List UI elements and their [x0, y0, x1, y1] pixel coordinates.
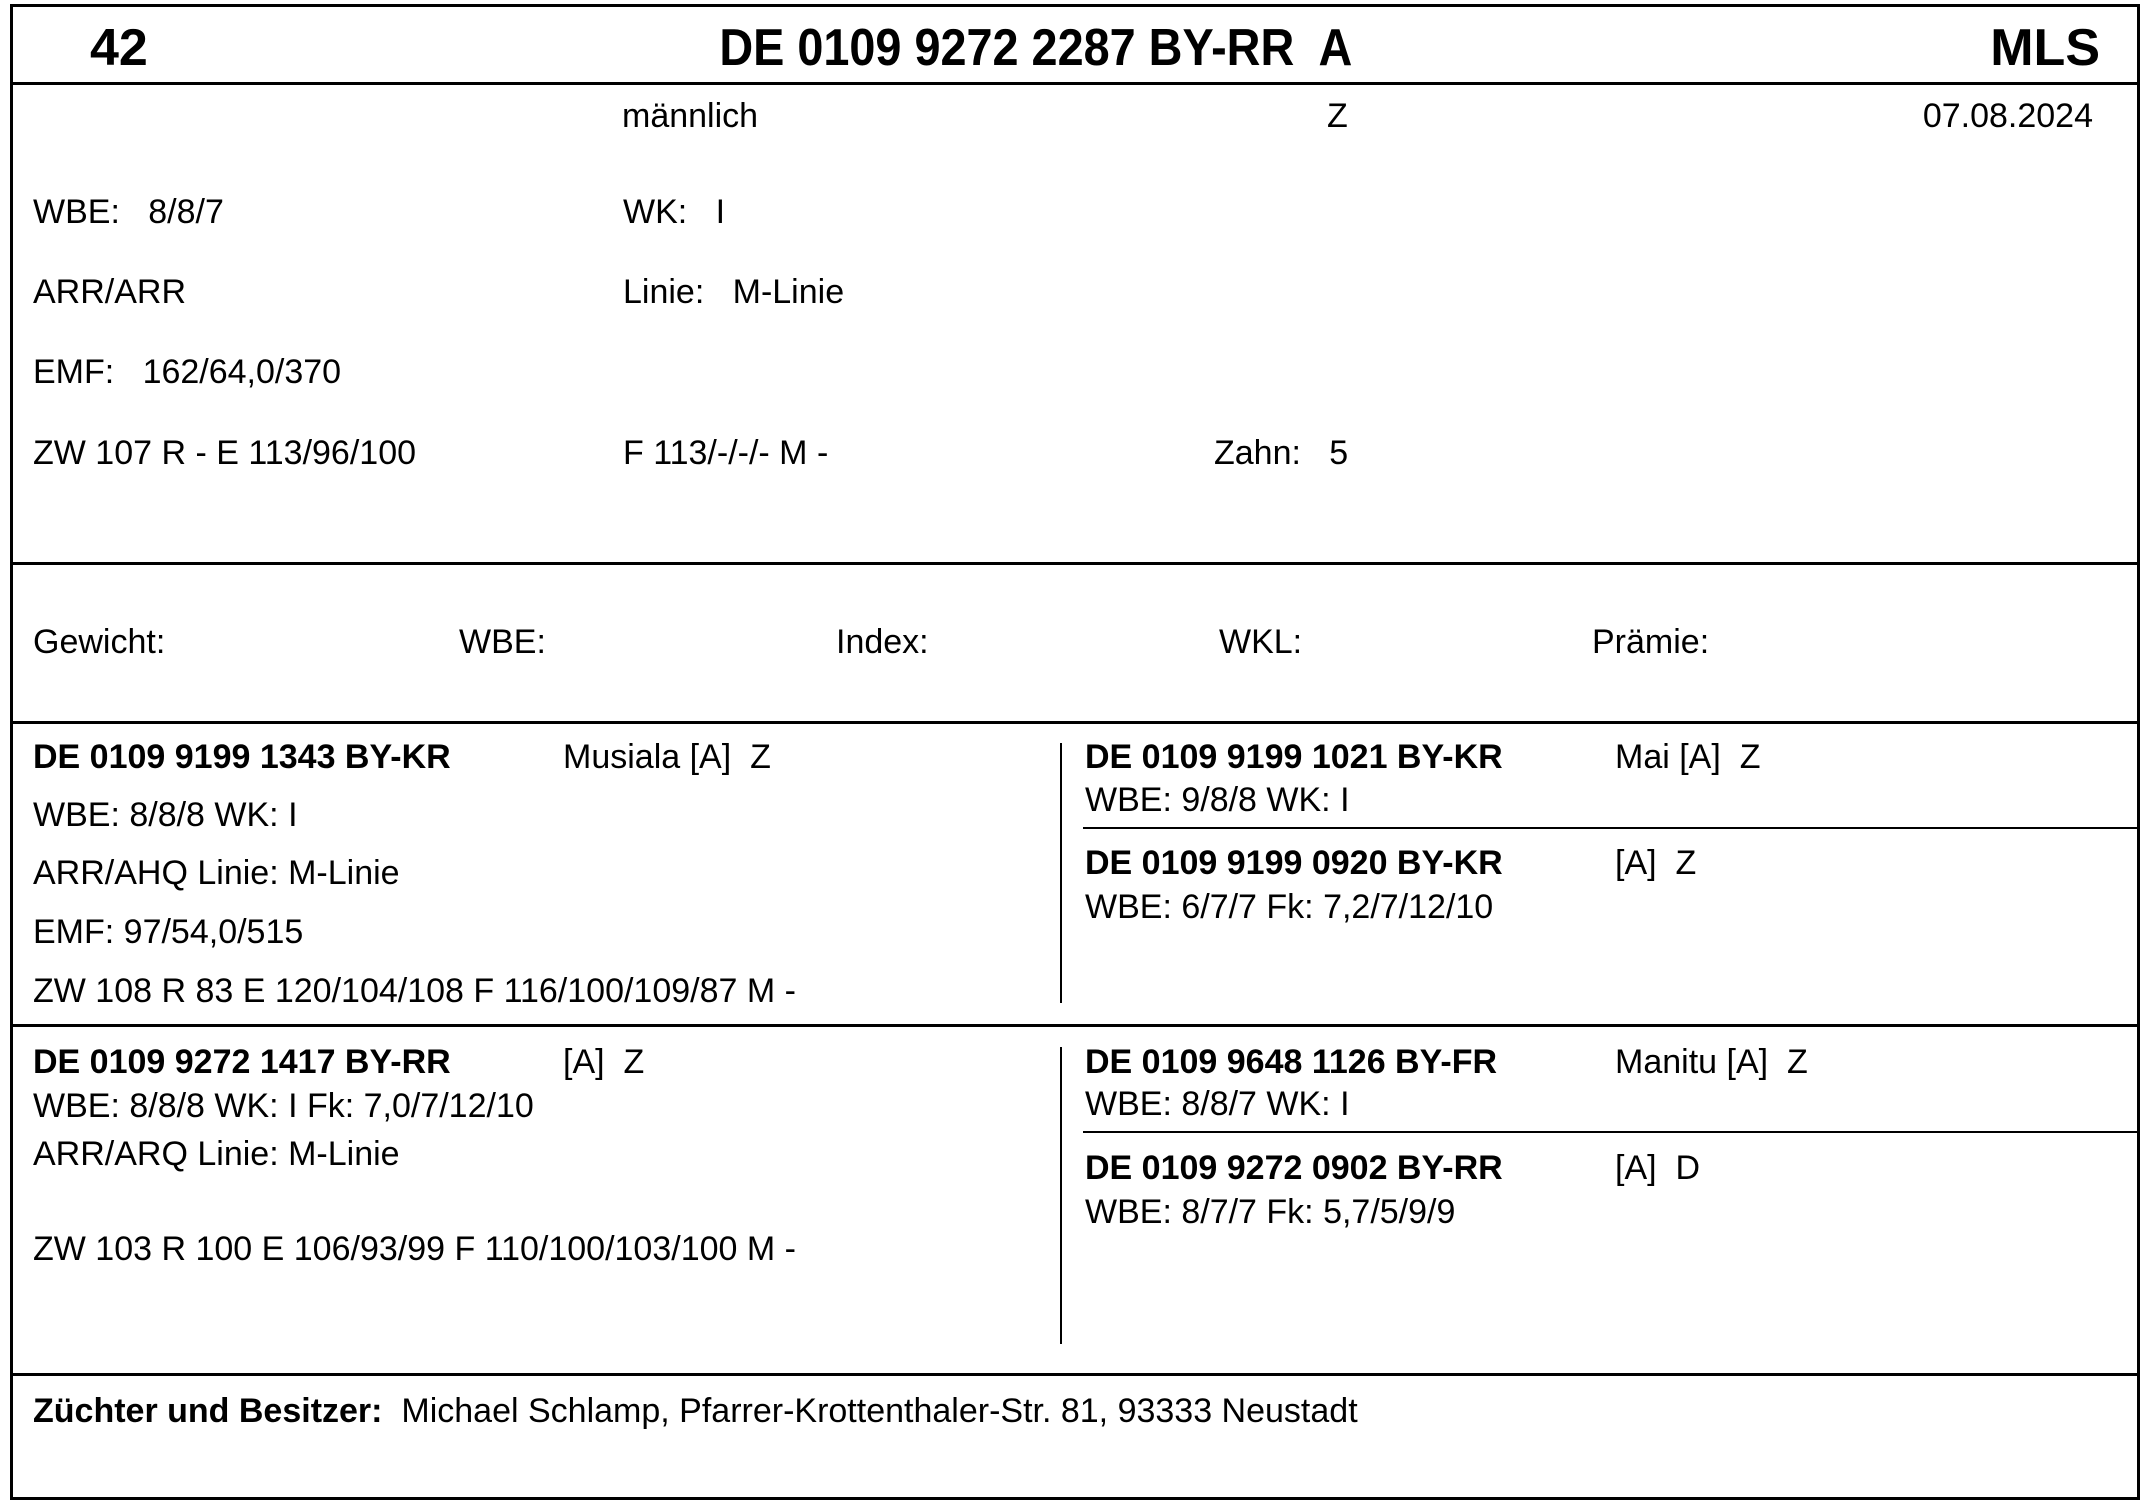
- sire-dam-id: DE 0109 9199 0920 BY-KR: [1085, 846, 1503, 880]
- breeder-owner-value: Michael Schlamp, Pfarrer-Krottenthaler-S…: [401, 1392, 1357, 1430]
- herdbook-status: Z: [1327, 99, 1348, 133]
- wbe-label: WBE:: [33, 193, 120, 231]
- sire-grandparents-divider: [1083, 827, 2137, 829]
- breed-code: MLS: [1990, 22, 2100, 74]
- sire-line: ZW 108 R 83 E 120/104/108 F 116/100/109/…: [33, 974, 796, 1008]
- sire-column-divider: [1060, 743, 1062, 1003]
- f-line: F 113/-/-/- M -: [623, 436, 828, 470]
- dam-id: DE 0109 9272 1417 BY-RR: [33, 1045, 451, 1079]
- breeder-owner-label: Züchter und Besitzer:: [33, 1392, 382, 1430]
- eval-wkl-label: WKL:: [1219, 625, 1302, 659]
- dam-dam-id: DE 0109 9272 0902 BY-RR: [1085, 1151, 1503, 1185]
- sire-line: ARR/AHQ Linie: M-Linie: [33, 856, 400, 890]
- zahn-value: 5: [1329, 434, 1348, 472]
- zahn-label: Zahn:: [1214, 434, 1301, 472]
- dam-sire-line: WBE: 8/8/7 WK: I: [1085, 1087, 1350, 1121]
- sire-id: DE 0109 9199 1343 BY-KR: [33, 740, 451, 774]
- genotype: ARR/ARR: [33, 275, 186, 309]
- dam-dam-name: [A] D: [1615, 1151, 1700, 1185]
- wk-field: WK: I: [623, 195, 725, 229]
- eval-index-label: Index:: [836, 625, 929, 659]
- header-divider: [10, 82, 2137, 85]
- sire-sire-id: DE 0109 9199 1021 BY-KR: [1085, 740, 1503, 774]
- evaluation-section-divider: [10, 721, 2137, 724]
- linie-field: Linie: M-Linie: [623, 275, 844, 309]
- eval-wbe-label: WBE:: [459, 625, 546, 659]
- sire-dam-name: [A] Z: [1615, 846, 1696, 880]
- sire-sire-name: Mai [A] Z: [1615, 740, 1760, 774]
- wbe-value: 8/8/7: [148, 193, 224, 231]
- emf-value: 162/64,0/370: [143, 353, 342, 391]
- sire-dam-line: WBE: 6/7/7 Fk: 7,2/7/12/10: [1085, 890, 1493, 924]
- zw-line: ZW 107 R - E 113/96/100: [33, 436, 416, 470]
- dam-line: WBE: 8/8/8 WK: I Fk: 7,0/7/12/10: [33, 1089, 534, 1123]
- emf-label: EMF:: [33, 353, 114, 391]
- dam-dam-line: WBE: 8/7/7 Fk: 5,7/5/9/9: [1085, 1195, 1455, 1229]
- sire-line: EMF: 97/54,0/515: [33, 915, 303, 949]
- animal-section-divider: [10, 562, 2137, 565]
- sire-name: Musiala [A] Z: [563, 740, 771, 774]
- wbe-field: WBE: 8/8/7: [33, 195, 224, 229]
- dam-name: [A] Z: [563, 1045, 644, 1079]
- sex: männlich: [622, 99, 758, 133]
- eval-gewicht-label: Gewicht:: [33, 625, 165, 659]
- dam-line: ZW 103 R 100 E 106/93/99 F 110/100/103/1…: [33, 1232, 796, 1266]
- animal-number: 42: [90, 22, 148, 74]
- dam-line: ARR/ARQ Linie: M-Linie: [33, 1137, 400, 1171]
- linie-label: Linie:: [623, 273, 704, 311]
- wk-label: WK:: [623, 193, 687, 231]
- ear-tag-text: DE 0109 9272 2287 BY-RR A: [719, 22, 1352, 74]
- dam-column-divider: [1060, 1047, 1062, 1344]
- sire-line: WBE: 8/8/8 WK: I: [33, 798, 298, 832]
- eval-praemie-label: Prämie:: [1592, 625, 1709, 659]
- wk-value: I: [716, 193, 725, 231]
- emf-field: EMF: 162/64,0/370: [33, 355, 341, 389]
- breeder-owner: Züchter und Besitzer: Michael Schlamp, P…: [33, 1394, 1358, 1428]
- date: 07.08.2024: [1923, 99, 2093, 133]
- pedigree-row-divider: [10, 1024, 2137, 1027]
- linie-value: M-Linie: [733, 273, 844, 311]
- dam-sire-id: DE 0109 9648 1126 BY-FR: [1085, 1045, 1497, 1079]
- sire-sire-line: WBE: 9/8/8 WK: I: [1085, 783, 1350, 817]
- dam-sire-name: Manitu [A] Z: [1615, 1045, 1808, 1079]
- footer-divider: [10, 1373, 2137, 1376]
- zahn-field: Zahn: 5: [1214, 436, 1348, 470]
- animal-ear-tag: DE 0109 9272 2287 BY-RR A: [719, 22, 1422, 74]
- dam-grandparents-divider: [1083, 1131, 2137, 1133]
